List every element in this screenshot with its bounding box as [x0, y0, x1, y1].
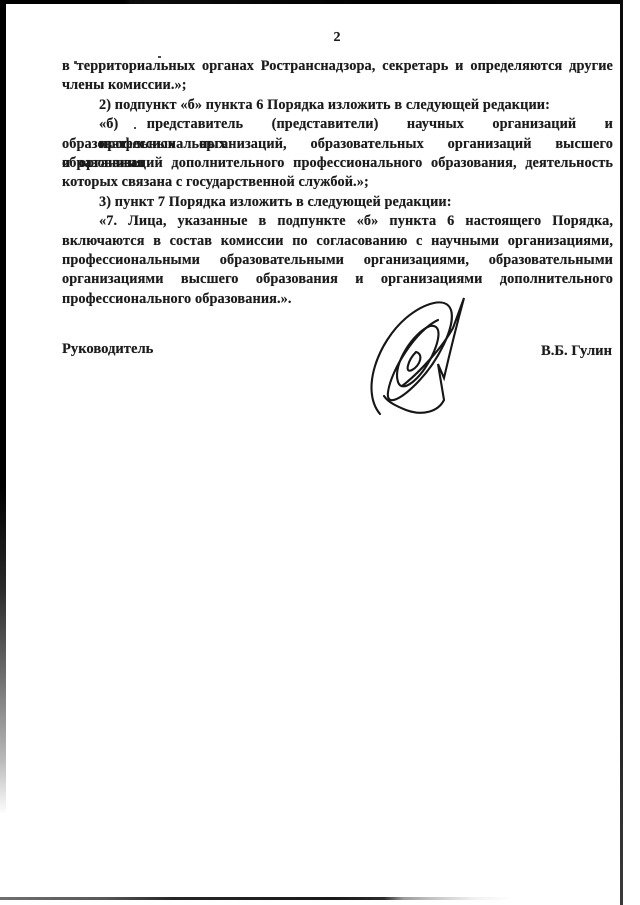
scan-border-right — [620, 0, 623, 905]
text-line: члены комиссии.»; — [62, 76, 613, 95]
text-line: 3) пункт 7 Порядка изложить в следующей … — [62, 193, 613, 212]
scan-border-left — [0, 0, 6, 840]
text-line: и организаций дополнительного профессион… — [62, 154, 613, 173]
page-number: 2 — [62, 30, 612, 46]
text-line: организациями высшего образования и орга… — [62, 270, 613, 289]
signer-name: В.Б. Гулин — [62, 343, 612, 360]
text-line: «б) представитель (представители) научны… — [62, 115, 613, 134]
text-line: включаются в состав комиссии по согласов… — [62, 232, 613, 251]
text-line: профессионального образования.». — [62, 290, 613, 309]
scanned-document-page: 2 в территориальных органах Ространснадз… — [0, 0, 640, 905]
document-body-text: в территориальных органах Ространснадзор… — [62, 57, 613, 309]
text-line: в территориальных органах Ространснадзор… — [62, 57, 613, 76]
text-line: «7. Лица, указанные в подпункте «б» пунк… — [62, 212, 613, 231]
scan-border-bottom — [0, 897, 640, 900]
text-line: профессиональными образовательными орган… — [62, 251, 613, 270]
text-line: которых связана с государственной службо… — [62, 173, 613, 192]
scan-border-top — [0, 0, 623, 4]
text-line: 2) подпункт «б» пункта 6 Порядка изложит… — [62, 96, 613, 115]
text-line: образовательных организаций, образовател… — [62, 135, 613, 154]
